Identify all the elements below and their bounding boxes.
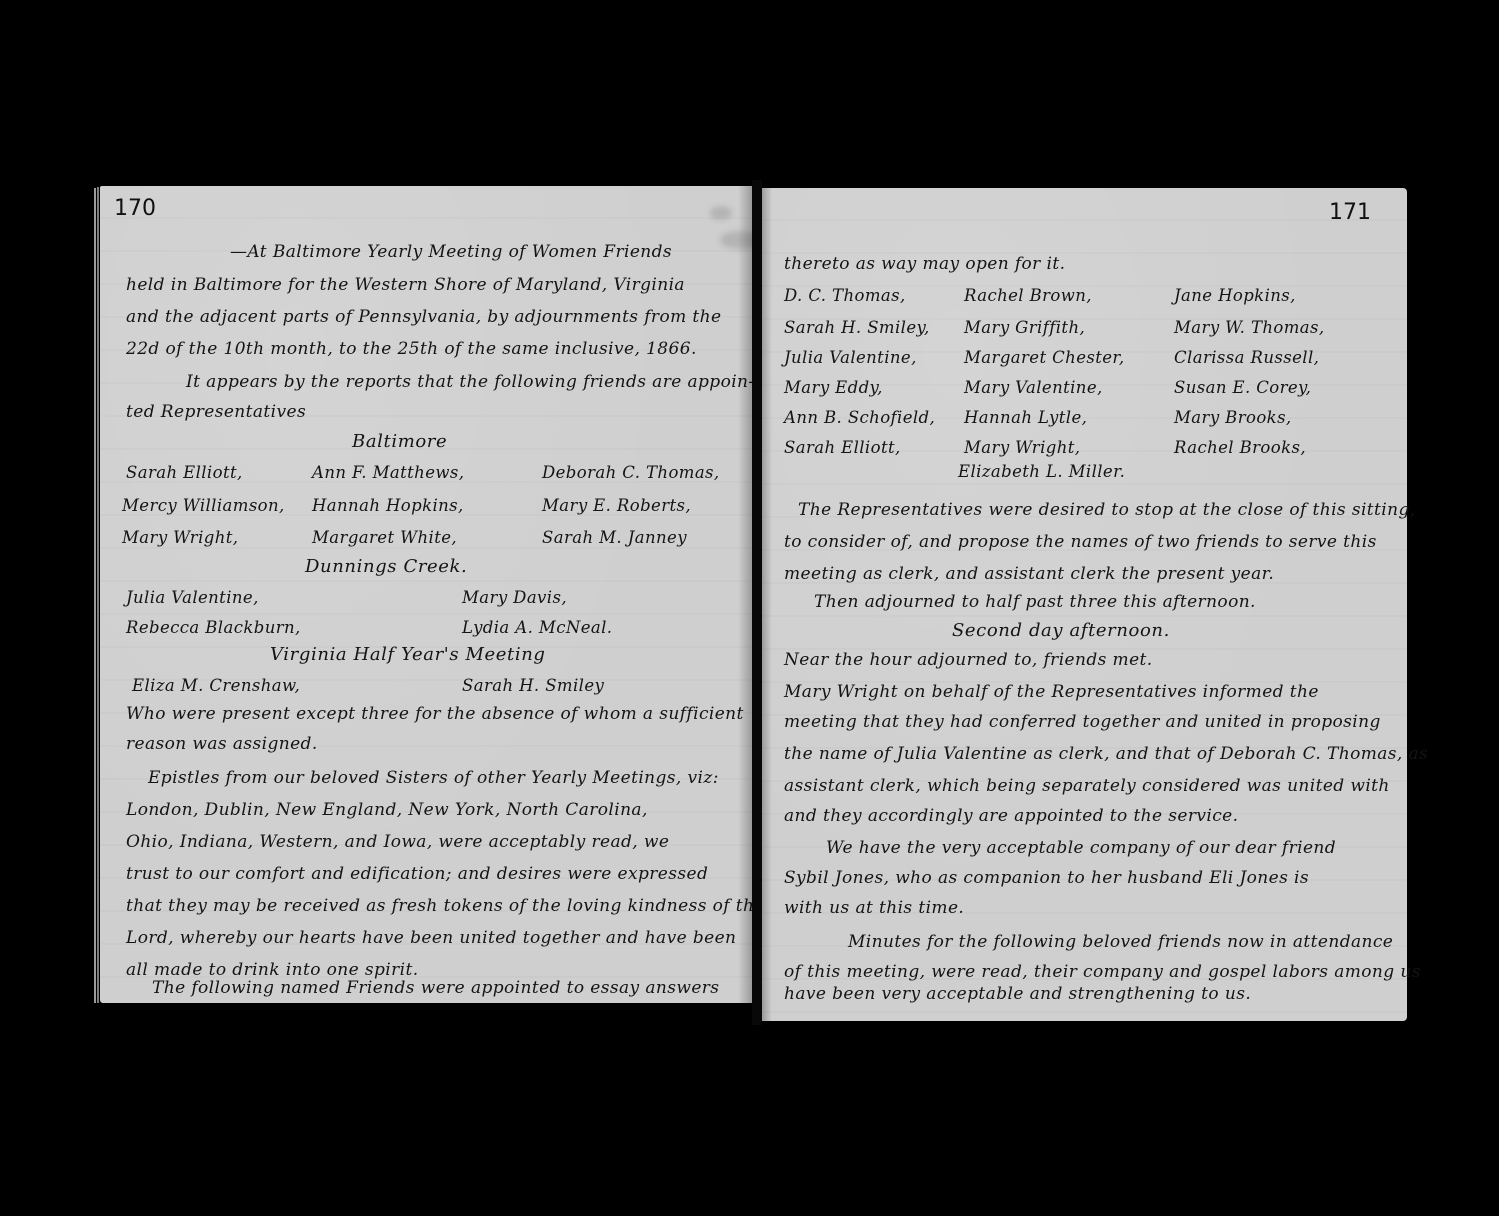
text-line: and the adjacent parts of Pennsylvania, … — [126, 307, 721, 327]
text-line: all made to drink into one spirit. — [126, 960, 419, 980]
representative-name: Rebecca Blackburn, — [126, 618, 301, 637]
text-line: We have the very acceptable company of o… — [826, 838, 1336, 858]
text-line: assistant clerk, which being separately … — [784, 776, 1390, 796]
text-line: Mary Wright on behalf of the Representat… — [784, 682, 1319, 702]
text-line: and they accordingly are appointed to th… — [784, 806, 1238, 826]
committee-name: Rachel Brooks, — [1174, 438, 1306, 457]
section-heading: Baltimore — [352, 431, 447, 452]
text-line: that they may be received as fresh token… — [126, 896, 765, 916]
committee-name: Mary Griffith, — [964, 318, 1085, 337]
book-spread: 170 —At Baltimore Yearly Meeting of Wome… — [0, 0, 1499, 1216]
text-line: The following named Friends were appoint… — [152, 978, 719, 998]
representative-name: Julia Valentine, — [126, 588, 259, 607]
committee-name: Clarissa Russell, — [1174, 348, 1319, 367]
committee-name: Sarah Elliott, — [784, 438, 901, 457]
committee-name: Hannah Lytle, — [964, 408, 1087, 427]
committee-name: Mary Wright, — [964, 438, 1080, 457]
text-line: trust to our comfort and edification; an… — [126, 864, 708, 884]
committee-name: Mary Eddy, — [784, 378, 883, 397]
committee-name: Susan E. Corey, — [1174, 378, 1311, 397]
text-line: reason was assigned. — [126, 734, 318, 754]
gutter-shadow — [762, 188, 772, 1021]
representative-name: Sarah H. Smiley — [462, 676, 604, 695]
ink-stain — [710, 206, 732, 220]
text-line: ted Representatives — [126, 402, 306, 422]
text-line: to consider of, and propose the names of… — [784, 532, 1377, 552]
gutter-shadow — [738, 186, 752, 1003]
left-page: 170 —At Baltimore Yearly Meeting of Wome… — [100, 186, 752, 1003]
representative-name: Lydia A. McNeal. — [462, 618, 612, 637]
committee-name: Julia Valentine, — [784, 348, 917, 367]
section-heading: Dunnings Creek. — [305, 556, 467, 577]
committee-name: D. C. Thomas, — [784, 286, 906, 305]
representative-name: Deborah C. Thomas, — [542, 463, 720, 482]
text-line: Near the hour adjourned to, friends met. — [784, 650, 1153, 670]
text-line: meeting that they had conferred together… — [784, 712, 1381, 732]
representative-name: Margaret White, — [312, 528, 457, 547]
text-line: meeting as clerk, and assistant clerk th… — [784, 564, 1274, 584]
committee-name: Mary Brooks, — [1174, 408, 1292, 427]
section-heading: Second day afternoon. — [952, 620, 1170, 641]
committee-name: Margaret Chester, — [964, 348, 1125, 367]
committee-name: Mary Valentine, — [964, 378, 1103, 397]
representative-name: Mary Wright, — [122, 528, 238, 547]
representative-name: Mercy Williamson, — [122, 496, 285, 515]
committee-name: Sarah H. Smiley, — [784, 318, 930, 337]
text-line: held in Baltimore for the Western Shore … — [126, 275, 685, 295]
representative-name: Sarah M. Janney — [542, 528, 687, 547]
text-line: 22d of the 10th month, to the 25th of th… — [126, 339, 697, 359]
committee-name: Mary W. Thomas, — [1174, 318, 1325, 337]
text-line: Epistles from our beloved Sisters of oth… — [148, 768, 719, 788]
text-line: with us at this time. — [784, 898, 964, 918]
text-line: London, Dublin, New England, New York, N… — [126, 800, 648, 820]
text-line: have been very acceptable and strengthen… — [784, 984, 1251, 1004]
representative-name: Mary Davis, — [462, 588, 567, 607]
committee-name: Jane Hopkins, — [1174, 286, 1296, 305]
text-line: It appears by the reports that the follo… — [186, 372, 755, 392]
text-line: of this meeting, were read, their compan… — [784, 962, 1421, 982]
text-line: Sybil Jones, who as companion to her hus… — [784, 868, 1309, 888]
page-edge — [94, 188, 96, 1003]
text-line: Who were present except three for the ab… — [126, 704, 744, 724]
page-number: 170 — [114, 196, 156, 221]
text-line: the name of Julia Valentine as clerk, an… — [784, 744, 1428, 764]
right-page: 171 thereto as way may open for it. D. C… — [762, 188, 1407, 1021]
representative-name: Ann F. Matthews, — [312, 463, 464, 482]
text-line: Minutes for the following beloved friend… — [848, 932, 1393, 952]
representative-name: Hannah Hopkins, — [312, 496, 464, 515]
page-edge — [97, 187, 99, 1003]
page-number: 171 — [1329, 200, 1371, 225]
section-heading: Virginia Half Year's Meeting — [270, 644, 546, 665]
text-line: —At Baltimore Yearly Meeting of Women Fr… — [230, 242, 672, 262]
text-line: Lord, whereby our hearts have been unite… — [126, 928, 736, 948]
text-line: thereto as way may open for it. — [784, 254, 1065, 274]
representative-name: Eliza M. Crenshaw, — [132, 676, 300, 695]
text-line: Then adjourned to half past three this a… — [814, 592, 1256, 612]
text-line: The Representatives were desired to stop… — [798, 500, 1416, 520]
committee-name: Elizabeth L. Miller. — [958, 462, 1125, 481]
book-gutter — [752, 180, 762, 1025]
committee-name: Rachel Brown, — [964, 286, 1092, 305]
representative-name: Sarah Elliott, — [126, 463, 243, 482]
text-line: Ohio, Indiana, Western, and Iowa, were a… — [126, 832, 669, 852]
committee-name: Ann B. Schofield, — [784, 408, 935, 427]
representative-name: Mary E. Roberts, — [542, 496, 691, 515]
